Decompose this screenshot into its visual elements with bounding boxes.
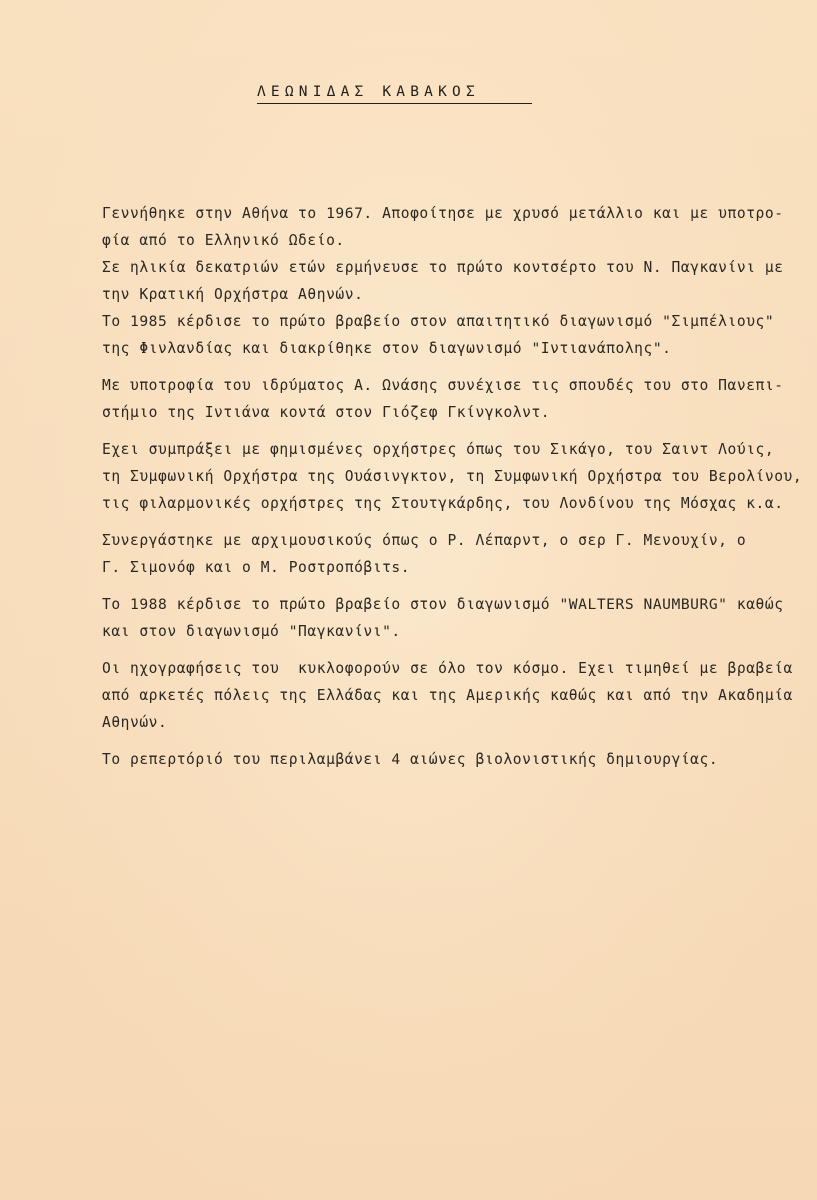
text-line: φία από το Ελληνικό Ωδείο. — [102, 227, 762, 254]
text-line: Το 1988 κέρδισε το πρώτο βραβείο στον δι… — [102, 591, 762, 618]
text-line: της Φινλανδίας και διακρίθηκε στον διαγω… — [102, 335, 762, 362]
paragraph-conductors: Συνεργάστηκε με αρχιμουσικούς όπως ο Ρ. … — [102, 527, 762, 581]
paragraph-awards-1988: Το 1988 κέρδισε το πρώτο βραβείο στον δι… — [102, 591, 762, 645]
paragraph-repertoire: Το ρεπερτόριό του περιλαμβάνει 4 αιώνες … — [102, 746, 762, 773]
document-title: ΛΕΩΝΙΔΑΣ ΚΑΒΑΚΟΣ — [257, 84, 532, 104]
text-line: Αθηνών. — [102, 709, 762, 736]
text-line: στήμιο της Ιντιάνα κοντά στον Γιόζεφ Γκί… — [102, 399, 762, 426]
text-line: και στον διαγωνισμό "Παγκανίνι". — [102, 618, 762, 645]
text-line: Γ. Σιμονόφ και ο Μ. Ροστροπόβιτs. — [102, 554, 762, 581]
paragraph-studies: Με υποτροφία του ιδρύματος Α. Ωνάσης συν… — [102, 372, 762, 426]
text-line: Το 1985 κέρδισε το πρώτο βραβείο στον απ… — [102, 308, 762, 335]
text-line: Εχει συμπράξει με φημισμένες ορχήστρες ό… — [102, 436, 762, 463]
text-line: τη Συμφωνική Ορχήστρα της Ουάσινγκτον, τ… — [102, 463, 762, 490]
text-line: Με υποτροφία του ιδρύματος Α. Ωνάσης συν… — [102, 372, 762, 399]
text-line: από αρκετές πόλεις της Ελλάδας και της Α… — [102, 682, 762, 709]
typewritten-page: ΛΕΩΝΙΔΑΣ ΚΑΒΑΚΟΣ Γεννήθηκε στην Αθήνα το… — [0, 0, 817, 1200]
text-line: Συνεργάστηκε με αρχιμουσικούς όπως ο Ρ. … — [102, 527, 762, 554]
text-line: την Κρατική Ορχήστρα Αθηνών. — [102, 281, 762, 308]
text-line: τις φιλαρμονικές ορχήστρες της Στουτγκάρ… — [102, 490, 762, 517]
document-body: Γεννήθηκε στην Αθήνα το 1967. Αποφοίτησε… — [102, 200, 762, 783]
text-line: Γεννήθηκε στην Αθήνα το 1967. Αποφοίτησε… — [102, 200, 762, 227]
text-line: Σε ηλικία δεκατριών ετών ερμήνευσε το πρ… — [102, 254, 762, 281]
paragraph-orchestras: Εχει συμπράξει με φημισμένες ορχήστρες ό… — [102, 436, 762, 517]
paragraph-recordings: Οι ηχογραφήσεις του κυκλοφορούν σε όλο τ… — [102, 655, 762, 736]
text-line: Το ρεπερτόριό του περιλαμβάνει 4 αιώνες … — [102, 746, 762, 773]
paragraph-biography-early: Γεννήθηκε στην Αθήνα το 1967. Αποφοίτησε… — [102, 200, 762, 362]
text-line: Οι ηχογραφήσεις του κυκλοφορούν σε όλο τ… — [102, 655, 762, 682]
